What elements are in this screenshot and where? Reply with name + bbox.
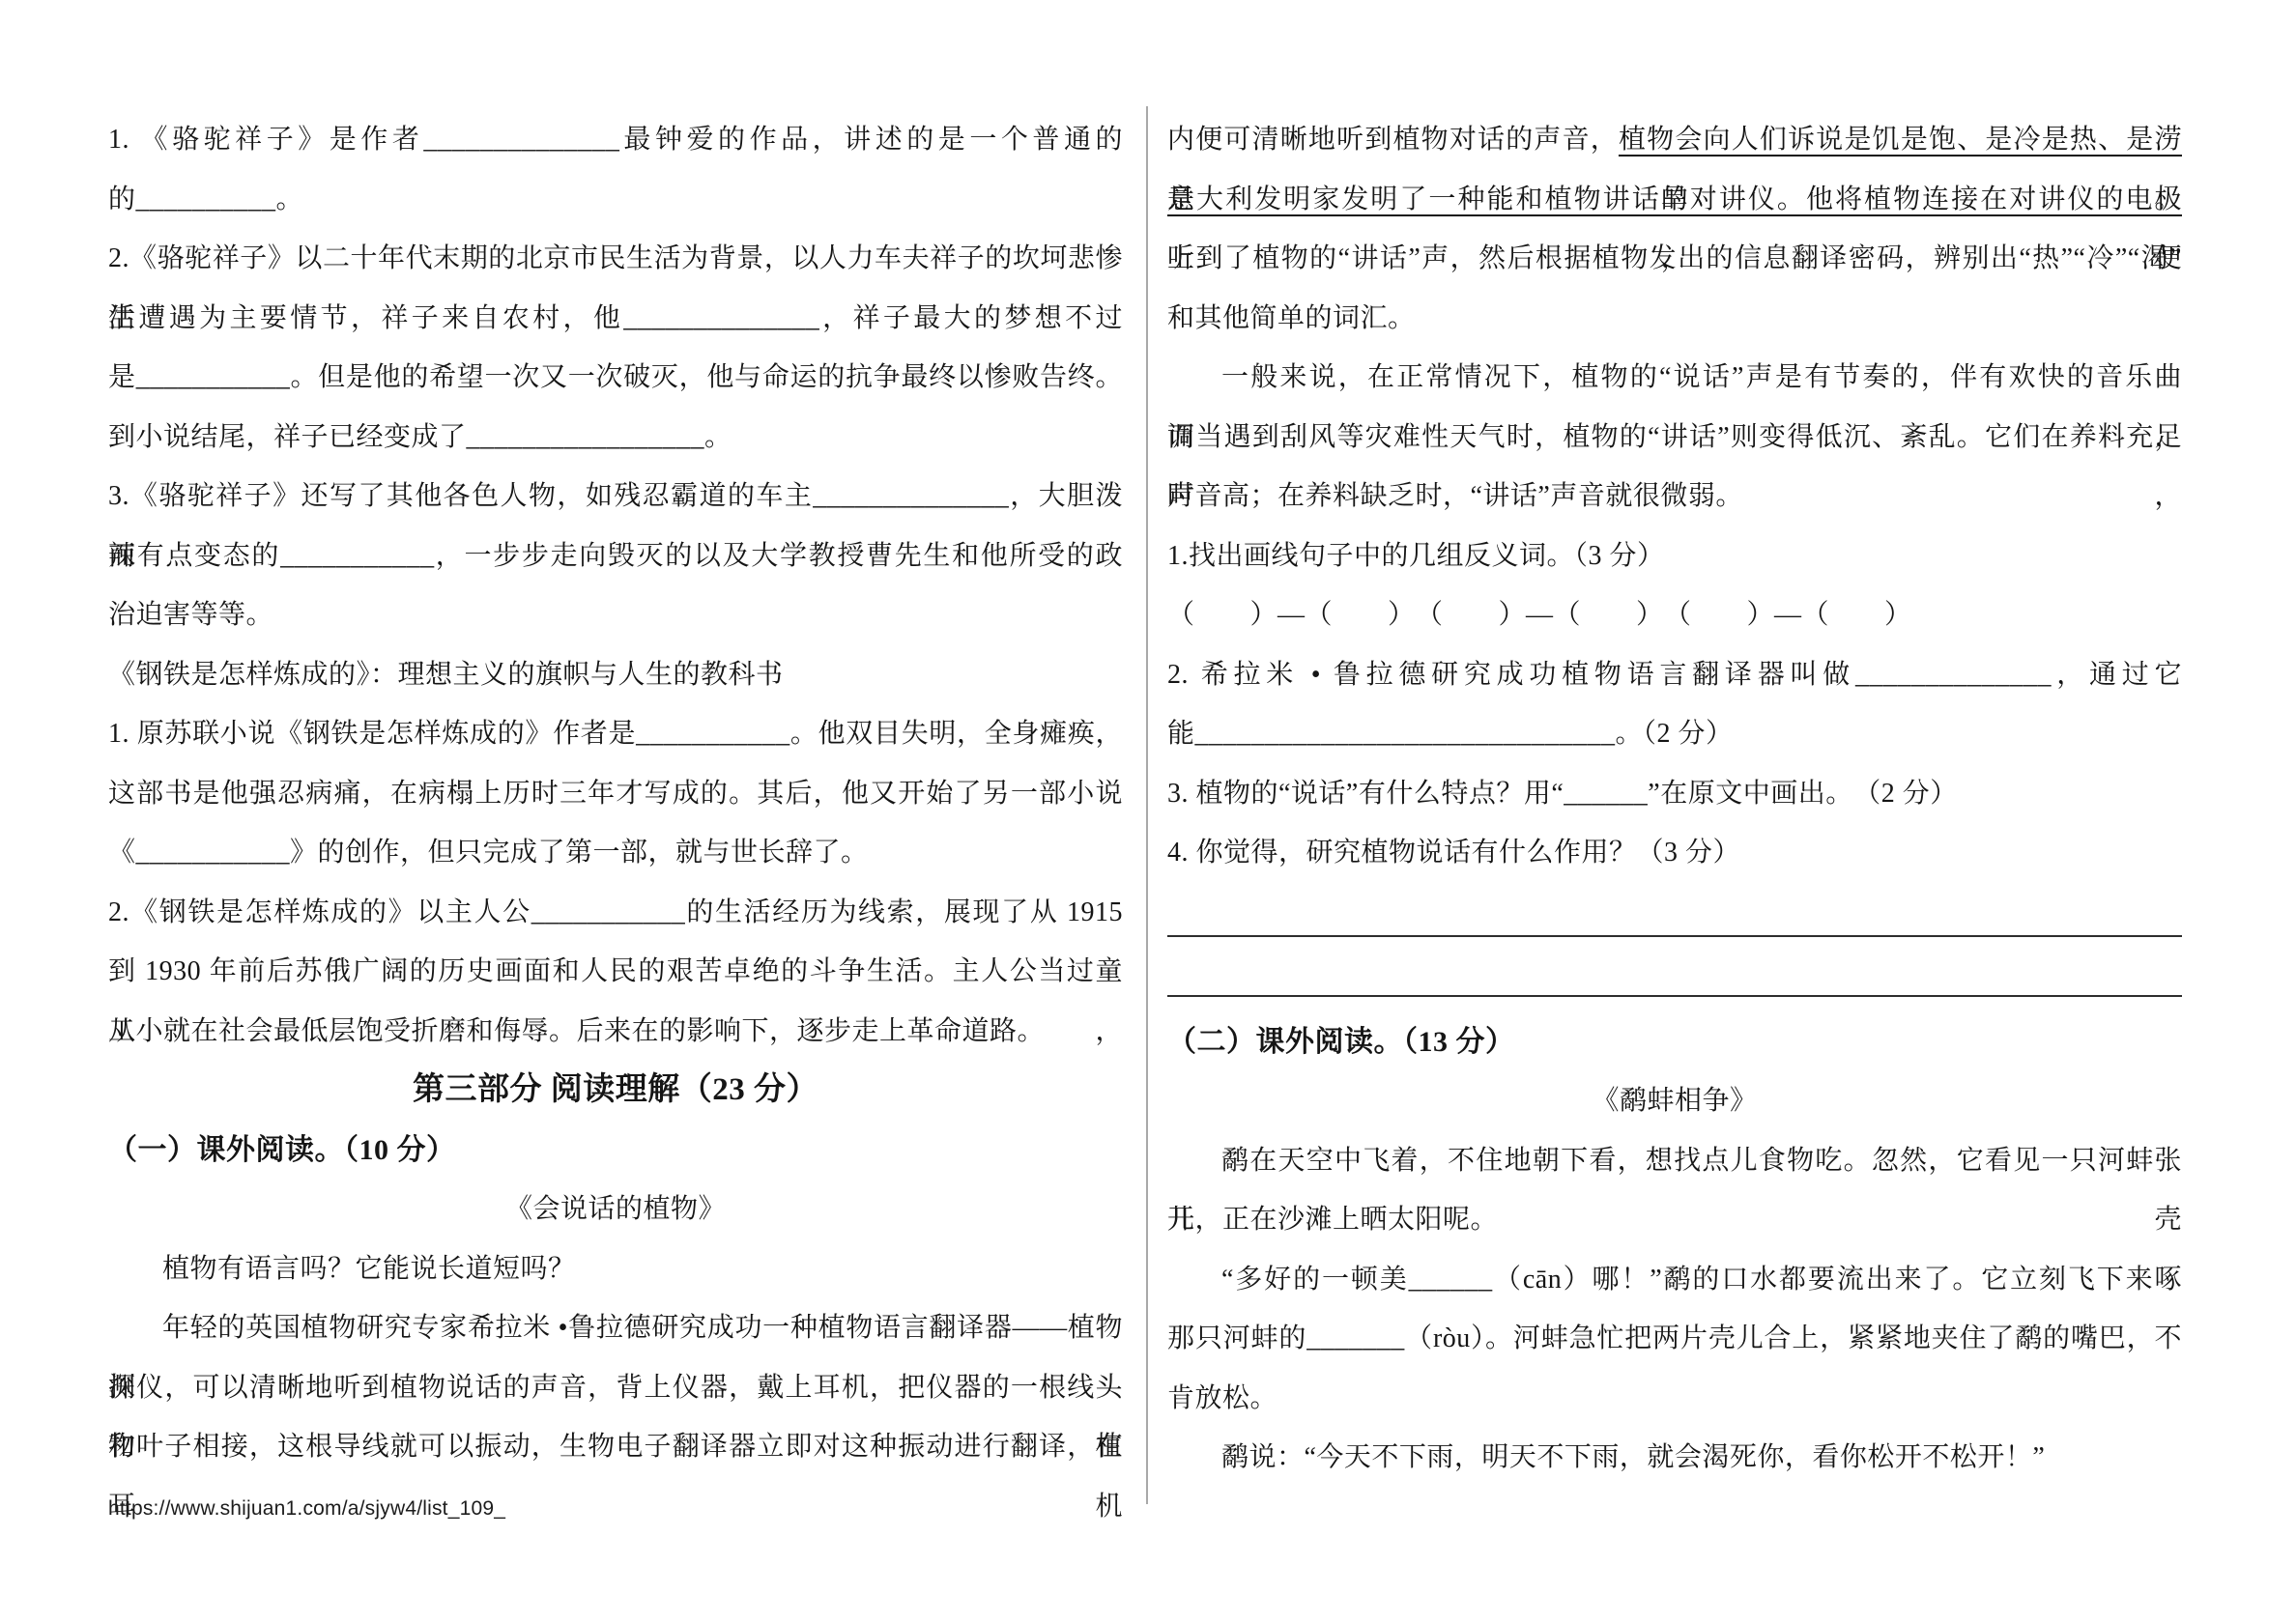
text-line: 内便可清晰地听到植物对话的声音，植物会向人们诉说是饥是饱、是冷是热、是涝是旱。	[1167, 110, 2182, 170]
text-line: 而当遇到刮风等灾难性天气时，植物的“讲话”则变得低沉、紊乱。它们在养料充足时，	[1167, 408, 2182, 468]
text-line: 到 1930 年前后苏俄广阔的历史画面和人民的艰苦卓绝的斗争生活。主人公当过童工…	[108, 942, 1123, 1002]
text-line: 3. 植物的“说话”有什么特点？用“______”在原文中画出。 （2 分）	[1167, 764, 2182, 824]
text-line: （一）课外阅读。（10 分）	[108, 1121, 1123, 1181]
text-line: （ ）—（ ） （ ）—（ ） （ ）—（ ）	[1167, 585, 2182, 645]
text-line: 2.《钢铁是怎样炼成的》以主人公___________的生活经历为线索，展现了从…	[108, 883, 1123, 943]
text-line: 1. 原苏联小说《钢铁是怎样炼成的》作者是___________。他双目失明，全…	[108, 704, 1123, 764]
text-line: 能______________________________。（2 分）	[1167, 704, 2182, 764]
text-line: 是___________。但是他的希望一次又一次破灭，他与命运的抗争最终以惨败告…	[108, 348, 1123, 408]
text-line: “多好的一顿美______（cān）哪！”鹬的口水都要流出来了。它立刻飞下来啄	[1167, 1250, 2182, 1310]
footer-url: https://www.shijuan1.com/a/sjyw4/list_10…	[108, 1497, 505, 1521]
text-line: 《钢铁是怎样炼成的》：理想主义的旗帜与人生的教科书	[108, 645, 1123, 705]
answer-rule	[1167, 883, 2182, 937]
text-line: 第三部分 阅读理解（23 分）	[108, 1061, 1123, 1121]
text-line: （二）课外阅读。（13 分）	[1167, 1012, 2182, 1072]
text-line: 的__________。	[108, 170, 1123, 230]
text-line: 1. 《骆驼祥子》是作者______________最钟爱的作品，讲述的是一个普…	[108, 110, 1123, 170]
text-line: 植物有语言吗？它能说长道短吗？	[108, 1239, 1123, 1299]
text-line: 这部书是他强忍病痛，在病榻上历时三年才写成的。其后，他又开始了另一部小说	[108, 764, 1123, 824]
text-line: 从小就在社会最低层饱受折磨和侮辱。后来在的影响下，逐步走上革命道路。	[108, 1002, 1123, 1062]
text-line: 3.《骆驼祥子》还写了其他各色人物，如残忍霸道的车主______________…	[108, 467, 1123, 526]
text-line: 意大利发明家发明了一种能和植物讲话的对讲仪。他将植物连接在对讲仪的电极上，便	[1167, 170, 2182, 230]
spacer	[1167, 997, 2182, 1012]
text-line: 治迫害等等。	[108, 585, 1123, 645]
answer-rule	[1167, 937, 2182, 997]
text-line: 鹬在天空中飞着，不住地朝下看，想找点儿食物吃。忽然，它看见一只河蚌张开壳	[1167, 1131, 2182, 1191]
right-column: 内便可清晰地听到植物对话的声音，植物会向人们诉说是饥是饱、是冷是热、是涝是旱。意…	[1167, 110, 2182, 1488]
text-line: 而有点变态的___________，一步步走向毁灭的以及大学教授曹先生和他所受的…	[108, 526, 1123, 586]
column-divider	[1146, 106, 1148, 1504]
text-line: 活遭遇为主要情节，祥子来自农村，他______________，祥子最大的梦想不…	[108, 289, 1123, 349]
text-line: 鹬说：“今天不下雨，明天不下雨，就会渴死你，看你松开不松开！”	[1167, 1428, 2182, 1488]
text-line: 年轻的英国植物研究专家希拉米 •鲁拉德研究成功一种植物语言翻译器——植物探	[108, 1298, 1123, 1358]
text-line: 物叶子相接，这根导线就可以振动，生物电子翻译器立即对这种振动进行翻译，在耳机	[108, 1417, 1123, 1477]
text-line: 听到了植物的“讲话”声，然后根据植物发出的信息翻译密码，辨别出“热”“冷”“渴”	[1167, 229, 2182, 289]
text-line: 到小说结尾，祥子已经变成了_________________。	[108, 408, 1123, 468]
text-line: 《___________》的创作，但只完成了第一部，就与世长辞了。	[108, 823, 1123, 883]
text-line: 一般来说，在正常情况下，植物的“说话”声是有节奏的，伴有欢快的音乐曲调，	[1167, 348, 2182, 408]
exam-paper-page: 1. 《骆驼祥子》是作者______________最钟爱的作品，讲述的是一个普…	[0, 0, 2296, 1622]
text-line: 2. 希拉米 • 鲁拉德研究成功植物语言翻译器叫做______________，…	[1167, 645, 2182, 705]
text-line: 那只河蚌的_______（ròu）。河蚌急忙把两片壳儿合上，紧紧地夹住了鹬的嘴巴…	[1167, 1309, 2182, 1369]
text-line: 《鹬蚌相争》	[1167, 1071, 2182, 1131]
plain-text: 内便可清晰地听到植物对话的声音，	[1167, 125, 1619, 155]
left-column: 1. 《骆驼祥子》是作者______________最钟爱的作品，讲述的是一个普…	[108, 110, 1123, 1477]
text-line: 肯放松。	[1167, 1369, 2182, 1429]
text-line: 4. 你觉得，研究植物说话有什么作用？（3 分）	[1167, 823, 2182, 883]
text-line: 2.《骆驼祥子》以二十年代末期的北京市民生活为背景，以人力车夫祥子的坎坷悲惨生	[108, 229, 1123, 289]
text-line: 和其他简单的词汇。	[1167, 289, 2182, 349]
text-line: 《会说话的植物》	[108, 1180, 1123, 1239]
text-line: 测仪，可以清晰地听到植物说话的声音，背上仪器，戴上耳机，把仪器的一根线头和植	[108, 1358, 1123, 1418]
text-line: 1.找出画线句子中的几组反义词。（3 分）	[1167, 526, 2182, 586]
